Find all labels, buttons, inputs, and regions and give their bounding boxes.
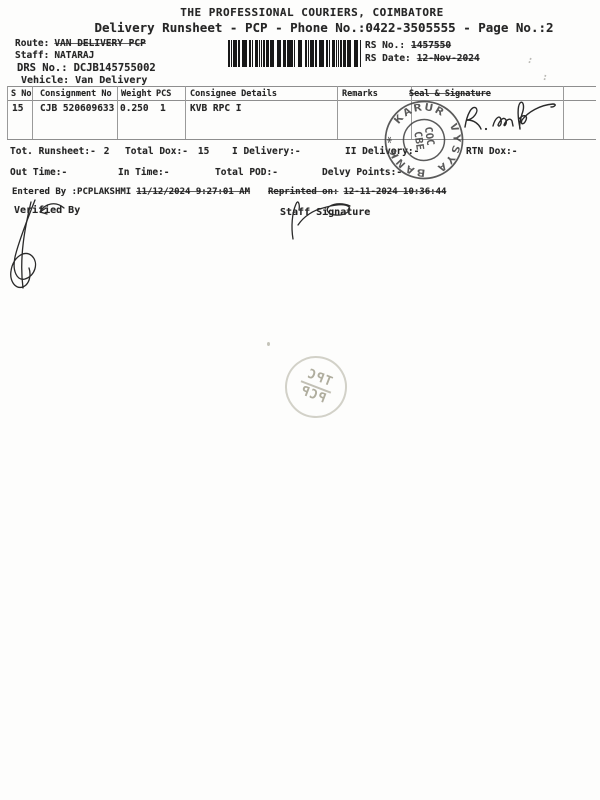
rs-date-field: RS Date: 12-Nov-2024 — [365, 53, 480, 64]
delivery-runsheet-document: THE PROFESSIONAL COURIERS, COIMBATORE De… — [0, 0, 600, 800]
cell-s-no: 15 — [12, 103, 23, 114]
tot-runsheet-value: 2 — [104, 146, 110, 157]
table-top-border — [7, 86, 596, 87]
rs-no-value: 1457550 — [411, 40, 451, 51]
drs-no-field: DRS No.: DCJB145755002 — [17, 62, 156, 74]
column-header-pcs: PCS — [156, 89, 171, 99]
total-dox-field: Total Dox:- 15 — [125, 146, 209, 157]
table-border — [563, 86, 564, 139]
total-dox-label: Total Dox:- — [125, 146, 188, 157]
tot-runsheet-label: Tot. Runsheet:- — [10, 146, 96, 157]
ghost-stamp: TPC PCP — [281, 352, 350, 421]
scan-artifact: : — [525, 54, 534, 66]
total-dox-value: 15 — [198, 146, 209, 157]
route-value: VAN DELIVERY PCP — [54, 38, 146, 49]
reprinted-label: Reprinted on: — [268, 187, 338, 197]
table-border — [117, 86, 118, 139]
route-label: Route: — [15, 38, 49, 49]
route-field: Route: VAN DELIVERY PCP — [15, 38, 146, 49]
table-border — [337, 86, 338, 139]
table-border — [7, 86, 8, 139]
cell-pcs: 1 — [160, 103, 166, 114]
column-header-s-no: S No — [11, 89, 31, 99]
rs-no-label: RS No.: — [365, 40, 405, 51]
runsheet-title: Delivery Runsheet - PCP - Phone No.:0422… — [48, 20, 600, 35]
vehicle-value: Van Delivery — [75, 75, 147, 86]
rtn-dox-label: RTN Dox:- — [466, 146, 517, 157]
vehicle-label: Vehicle: — [21, 75, 69, 86]
table-border — [32, 86, 33, 139]
i-delivery-label: I Delivery:- — [232, 146, 301, 157]
drs-no-label: DRS No.: — [17, 62, 68, 74]
staff-label: Staff: — [15, 50, 49, 61]
rs-no-field: RS No.: 1457550 — [365, 40, 451, 51]
total-pod-label: Total POD:- — [215, 167, 278, 178]
scan-artifact: : — [541, 71, 549, 83]
staff-signature-scribble — [276, 197, 362, 245]
column-header-consignee-details: Consignee Details — [190, 89, 277, 99]
stamp-center-line2: CBE — [411, 131, 426, 151]
verified-by-signature — [2, 194, 68, 296]
rs-date-value: 12-Nov-2024 — [417, 53, 480, 64]
cell-consignee-details: KVB RPC I — [190, 103, 241, 114]
table-bottom-border — [7, 139, 596, 140]
ghost-stamp-text: TPC PCP — [295, 367, 336, 408]
staff-value: NATARAJ — [54, 50, 94, 61]
cell-consignment-no: CJB 520609633 — [40, 103, 114, 114]
vehicle-field: Vehicle: Van Delivery — [21, 75, 147, 86]
cell-weight: 0.250 — [120, 103, 149, 114]
column-header-weight: Weight — [121, 89, 152, 99]
reprinted-datetime: 12-11-2024 10:36:44 — [343, 187, 446, 197]
barcode-icon — [228, 40, 361, 67]
rs-date-label: RS Date: — [365, 53, 411, 64]
svg-text:COC CBE: COC CBE — [411, 126, 437, 154]
ink-bleed-dot — [267, 342, 270, 346]
company-name: THE PROFESSIONAL COURIERS, COIMBATORE — [12, 6, 600, 19]
recipient-signature — [452, 94, 562, 138]
reprinted-field: Reprinted on: 12-11-2024 10:36:44 — [268, 187, 446, 197]
staff-field: Staff: NATARAJ — [15, 50, 94, 61]
drs-no-value: DCJB145755002 — [74, 62, 156, 74]
column-header-remarks: Remarks — [342, 89, 378, 99]
table-border — [185, 86, 186, 139]
out-time-label: Out Time:- — [10, 167, 67, 178]
tot-runsheet-field: Tot. Runsheet:- 2 — [10, 146, 110, 157]
in-time-label: In Time:- — [118, 167, 169, 178]
column-header-consignment-no: Consignment No — [40, 89, 112, 99]
entered-by-datetime: 11/12/2024 9:27:01 AM — [136, 187, 250, 197]
